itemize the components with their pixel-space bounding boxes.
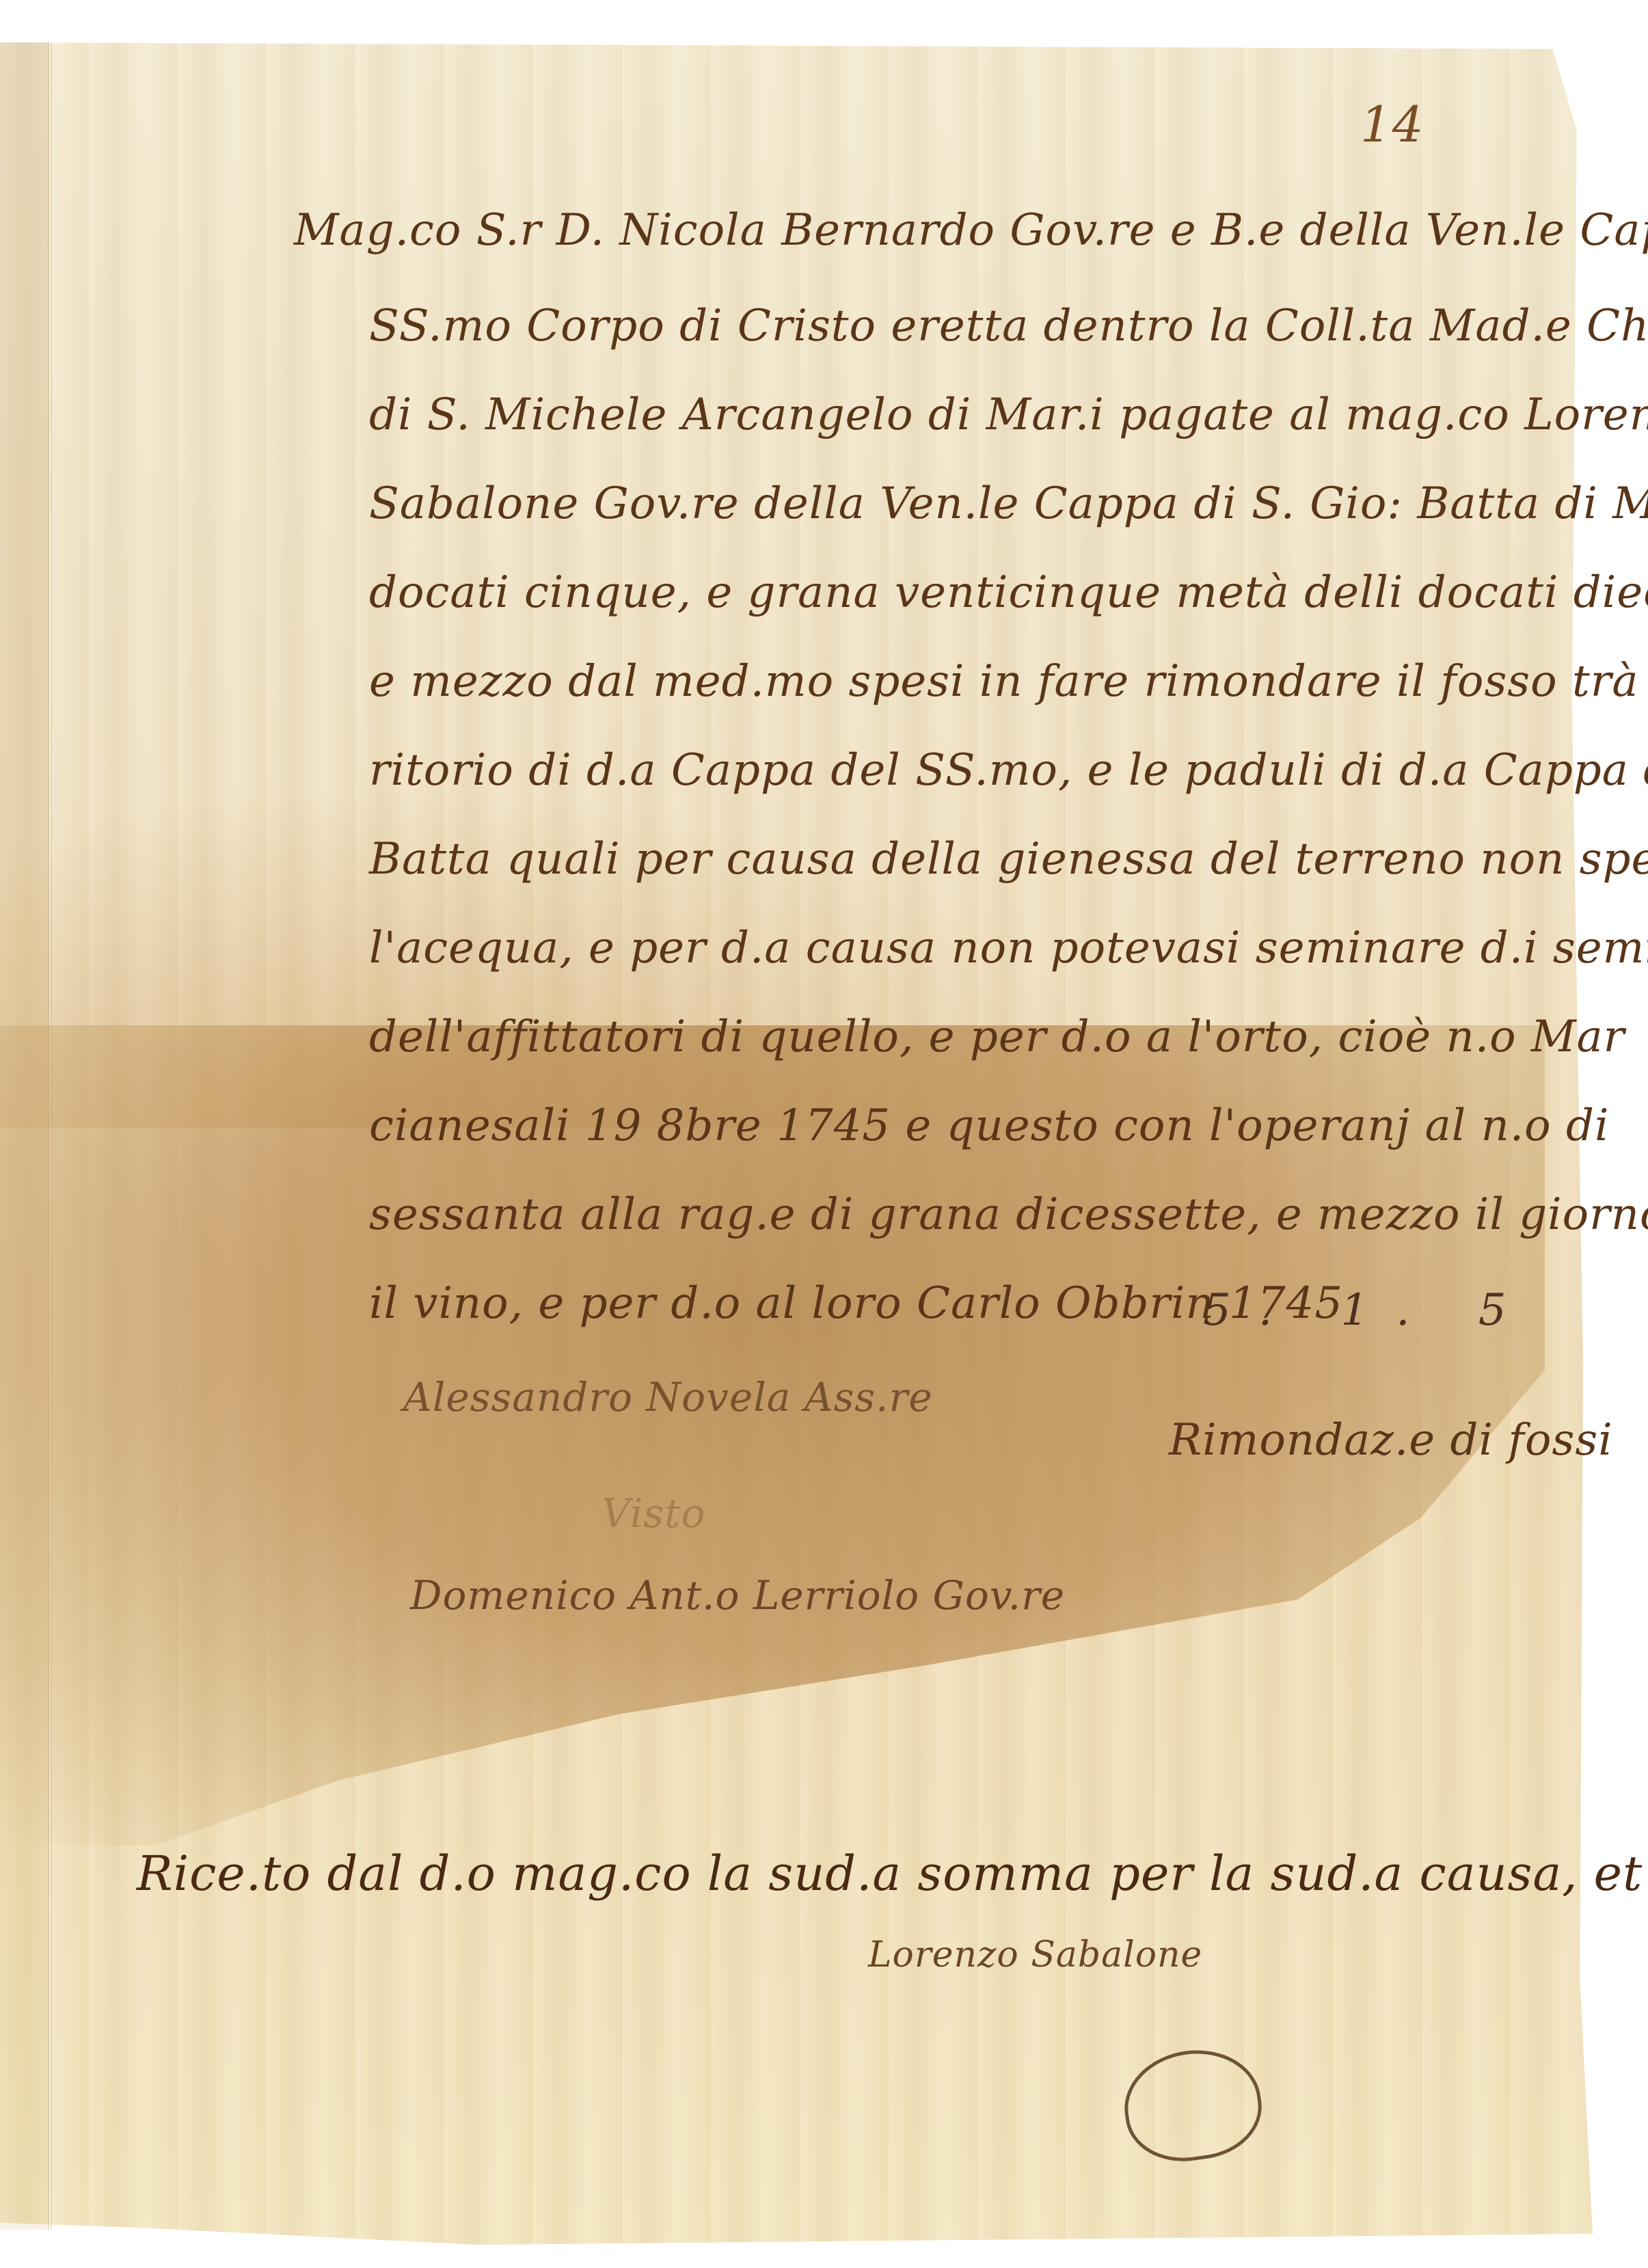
signature-domenico-lerriolo: Domenico Ant.o Lerriolo Gov.re bbox=[410, 1572, 1065, 1619]
body-line-13: il vino, e per d.o al loro Carlo Obbrin … bbox=[369, 1278, 1343, 1329]
body-line-9: l'acequa, e per d.a causa non potevasi s… bbox=[369, 923, 1648, 973]
body-line-7: ritorio di d.a Cappa del SS.mo, e le pad… bbox=[369, 745, 1648, 796]
body-line-2: SS.mo Corpo di Cristo eretta dentro la C… bbox=[369, 301, 1648, 351]
faint-note: Visto bbox=[602, 1490, 705, 1537]
body-line-10: dell'affittatori di quello, e per d.o a … bbox=[369, 1012, 1625, 1062]
body-line-4: Sabalone Gov.re della Ven.le Cappa di S.… bbox=[369, 478, 1648, 529]
receipt-signature: Lorenzo Sabalone bbox=[868, 1934, 1202, 1975]
body-line-5: docati cinque, e grana venticinque metà … bbox=[369, 567, 1648, 618]
amount-sep-2: . bbox=[1396, 1285, 1437, 1336]
amount: 5. 1. 5 bbox=[1203, 1285, 1534, 1336]
body-line-6: e mezzo dal med.mo spesi in fare rimonda… bbox=[369, 656, 1648, 707]
amount-sep-1: . bbox=[1258, 1285, 1299, 1336]
folio-number: 14 bbox=[1360, 96, 1424, 153]
amount-grana: 5 bbox=[1478, 1285, 1534, 1336]
amount-carlini: 1 bbox=[1340, 1285, 1396, 1336]
amount-ducats: 5 bbox=[1203, 1285, 1258, 1336]
margin-note: Rimondaz.e di fossi bbox=[1169, 1415, 1613, 1466]
signature-alessandro-novela: Alessandro Novela Ass.re bbox=[403, 1374, 933, 1420]
body-line-3: di S. Michele Arcangelo di Mar.i pagate … bbox=[369, 390, 1648, 440]
body-line-12: sessanta alla rag.e di grana dicessette,… bbox=[369, 1189, 1648, 1240]
body-line-11: cianesali 19 8bre 1745 e questo con l'op… bbox=[369, 1101, 1609, 1151]
receipt-line: Rice.to dal d.o mag.co la sud.a somma pe… bbox=[137, 1846, 1648, 1902]
body-line-8: Batta quali per causa della gienessa del… bbox=[369, 834, 1648, 885]
body-line-1: Mag.co S.r D. Nicola Bernardo Gov.re e B… bbox=[294, 205, 1648, 256]
